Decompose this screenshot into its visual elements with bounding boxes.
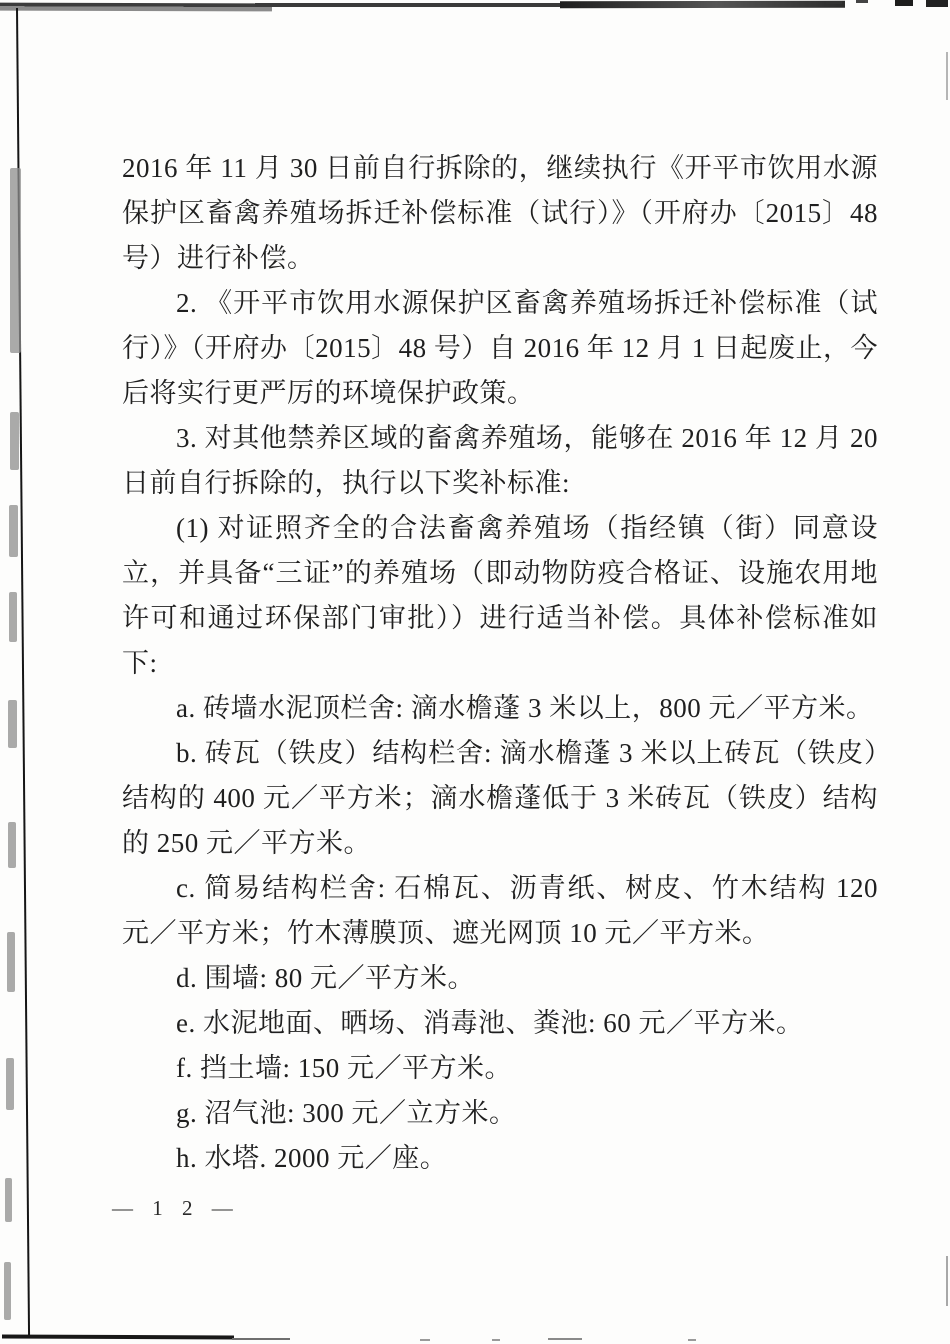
scan-artifact-bottom-line bbox=[2, 1334, 234, 1339]
scan-artifact-left-blotch bbox=[4, 1262, 11, 1320]
scan-artifact-top-dash bbox=[895, 0, 913, 6]
list-item-c: c. 简易结构栏舍: 石棉瓦、沥青纸、树皮、竹木结构 120 元／平方米；竹木薄… bbox=[122, 866, 878, 956]
scan-artifact-bottom-line bbox=[232, 1338, 290, 1340]
scan-artifact-left-blotch bbox=[10, 168, 21, 353]
document-body: 2016 年 11 月 30 日前自行拆除的，继续执行《开平市饮用水源保护区畜禽… bbox=[122, 146, 878, 1181]
scan-artifact-top-dash bbox=[826, 1, 842, 4]
list-item-e: e. 水泥地面、晒场、消毒池、粪池: 60 元／平方米。 bbox=[122, 1001, 878, 1046]
scan-artifact-left-blotch bbox=[10, 412, 19, 470]
scanned-document-page: 2016 年 11 月 30 日前自行拆除的，继续执行《开平市饮用水源保护区畜禽… bbox=[0, 0, 950, 1344]
paragraph-item-2: 2. 《开平市饮用水源保护区畜禽养殖场拆迁补偿标准（试行）》（开府办〔2015〕… bbox=[122, 281, 878, 416]
scan-artifact-top-dash bbox=[926, 0, 948, 7]
list-item-f: f. 挡土墙: 150 元／平方米。 bbox=[122, 1046, 878, 1091]
scan-artifact-right-mark bbox=[946, 1256, 948, 1306]
list-item-h: h. 水塔. 2000 元／座。 bbox=[122, 1136, 878, 1181]
scan-artifact-left-blotch bbox=[9, 592, 17, 642]
list-item-b: b. 砖瓦（铁皮）结构栏舍: 滴水檐蓬 3 米以上砖瓦（铁皮）结构的 400 元… bbox=[122, 731, 878, 866]
list-item-d: d. 围墙: 80 元／平方米。 bbox=[122, 956, 878, 1001]
scan-artifact-bottom-dash bbox=[548, 1338, 582, 1340]
page-number: — 1 2 — bbox=[112, 1196, 240, 1221]
scan-artifact-top-band bbox=[0, 3, 272, 12]
scan-artifact-left-blotch bbox=[5, 1178, 12, 1222]
scan-artifact-left-blotch bbox=[8, 822, 16, 868]
scan-artifact-left-blotch bbox=[9, 505, 18, 557]
paragraph-item-3: 3. 对其他禁养区域的畜禽养殖场，能够在 2016 年 12 月 20 日前自行… bbox=[122, 416, 878, 506]
paragraph-item-1-sub: (1) 对证照齐全的合法畜禽养殖场（指经镇（街）同意设立，并具备“三证”的养殖场… bbox=[122, 506, 878, 686]
scan-artifact-top-dash bbox=[856, 0, 868, 3]
scan-artifact-bottom-dash bbox=[492, 1339, 500, 1341]
list-item-g: g. 沼气池: 300 元／立方米。 bbox=[122, 1091, 878, 1136]
scan-artifact-left-blotch bbox=[8, 700, 17, 748]
scan-artifact-top-band bbox=[560, 1, 845, 8]
paragraph-continuation: 2016 年 11 月 30 日前自行拆除的，继续执行《开平市饮用水源保护区畜禽… bbox=[122, 146, 878, 281]
scan-artifact-left-edge-line bbox=[16, 8, 30, 1338]
scan-artifact-top-band bbox=[255, 3, 575, 7]
list-item-a: a. 砖墙水泥顶栏舍: 滴水檐蓬 3 米以上，800 元／平方米。 bbox=[122, 686, 878, 731]
scan-artifact-bottom-dash bbox=[688, 1339, 696, 1341]
scan-artifact-left-blotch bbox=[6, 1058, 14, 1110]
scan-artifact-bottom-dash bbox=[420, 1339, 430, 1341]
scan-artifact-right-mark bbox=[946, 52, 948, 100]
scan-artifact-left-blotch bbox=[7, 932, 15, 992]
